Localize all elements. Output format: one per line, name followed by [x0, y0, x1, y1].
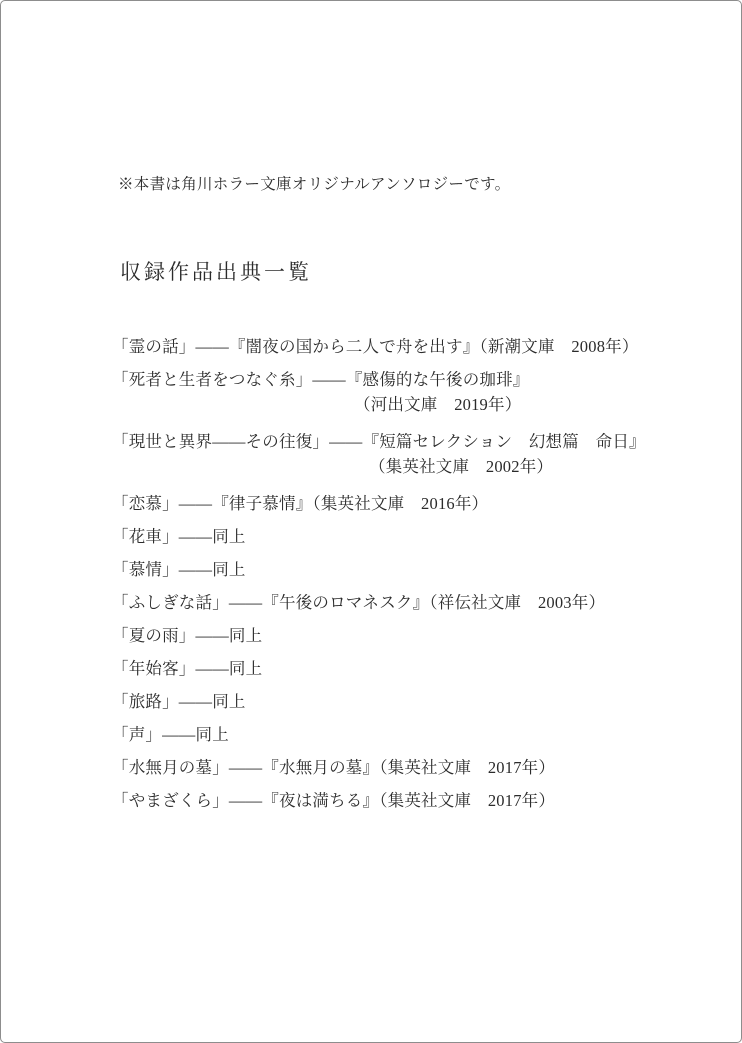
source-entry: 「花車」――同上 — [112, 526, 711, 547]
anthology-note: ※本書は角川ホラー文庫オリジナルアンソロジーです。 — [118, 175, 510, 195]
section-heading: 収録作品出典一覧 — [120, 259, 312, 285]
source-entry: 「現世と異界――その往復」――『短篇セレクション 幻想篇 命日』 （集英社文庫 … — [112, 431, 711, 477]
entry-text: 「年始客」――同上 — [112, 658, 711, 679]
source-entry: 「夏の雨」――同上 — [112, 625, 711, 646]
entry-text: 「やまざくら」――『夜は満ちる』（集英社文庫 2017年） — [112, 790, 711, 811]
source-entry: 「慕情」――同上 — [112, 559, 711, 580]
entry-text: 「声」――同上 — [112, 724, 711, 745]
source-entry: 「やまざくら」――『夜は満ちる』（集英社文庫 2017年） — [112, 790, 711, 811]
entry-continuation: （河出文庫 2019年） — [354, 394, 711, 415]
entry-text: 「花車」――同上 — [112, 526, 711, 547]
book-page: ※本書は角川ホラー文庫オリジナルアンソロジーです。 収録作品出典一覧 「霊の話」… — [0, 0, 742, 1043]
source-list: 「霊の話」――『闇夜の国から二人で舟を出す』（新潮文庫 2008年） 「死者と生… — [112, 336, 711, 823]
source-entry: 「旅路」――同上 — [112, 691, 711, 712]
entry-text: 「現世と異界――その往復」――『短篇セレクション 幻想篇 命日』 — [112, 431, 711, 452]
entry-text: 「水無月の墓」――『水無月の墓』（集英社文庫 2017年） — [112, 757, 711, 778]
entry-text: 「慕情」――同上 — [112, 559, 711, 580]
source-entry: 「死者と生者をつなぐ糸」――『感傷的な午後の珈琲』 （河出文庫 2019年） — [112, 369, 711, 415]
source-entry: 「ふしぎな話」――『午後のロマネスク』（祥伝社文庫 2003年） — [112, 592, 711, 613]
source-entry: 「声」――同上 — [112, 724, 711, 745]
entry-text: 「死者と生者をつなぐ糸」――『感傷的な午後の珈琲』 — [112, 369, 711, 390]
entry-continuation: （集英社文庫 2002年） — [369, 456, 711, 477]
source-entry: 「水無月の墓」――『水無月の墓』（集英社文庫 2017年） — [112, 757, 711, 778]
source-entry: 「年始客」――同上 — [112, 658, 711, 679]
entry-text: 「夏の雨」――同上 — [112, 625, 711, 646]
entry-text: 「ふしぎな話」――『午後のロマネスク』（祥伝社文庫 2003年） — [112, 592, 711, 613]
source-entry: 「霊の話」――『闇夜の国から二人で舟を出す』（新潮文庫 2008年） — [112, 336, 711, 357]
source-entry: 「恋慕」――『律子慕情』（集英社文庫 2016年） — [112, 493, 711, 514]
entry-text: 「旅路」――同上 — [112, 691, 711, 712]
entry-text: 「恋慕」――『律子慕情』（集英社文庫 2016年） — [112, 493, 711, 514]
entry-text: 「霊の話」――『闇夜の国から二人で舟を出す』（新潮文庫 2008年） — [112, 336, 711, 357]
